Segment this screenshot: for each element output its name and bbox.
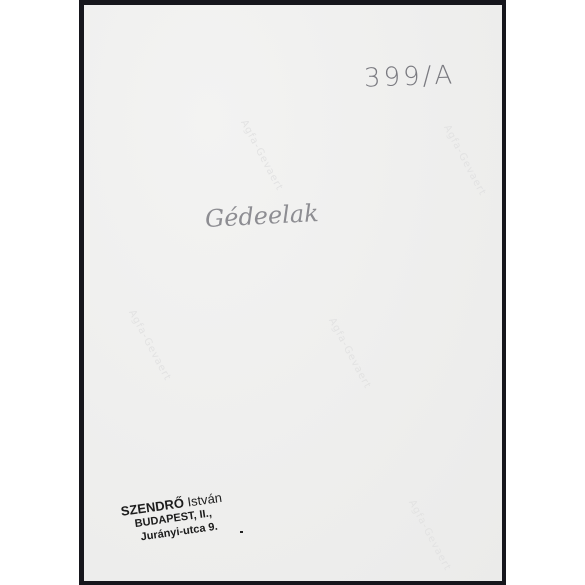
photo-back-paper	[84, 5, 502, 581]
ink-speck	[240, 531, 243, 533]
handwritten-title: Gédeelak	[204, 199, 319, 233]
handwritten-number: 399/A	[364, 60, 456, 93]
